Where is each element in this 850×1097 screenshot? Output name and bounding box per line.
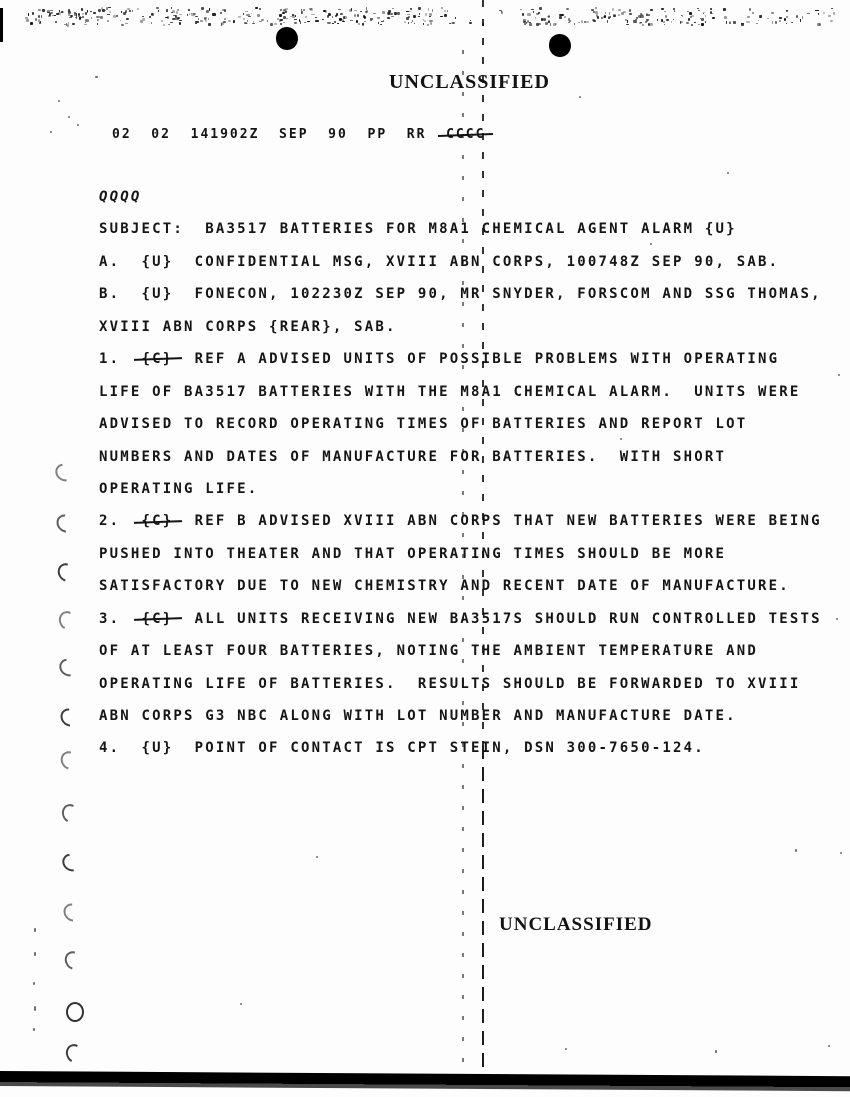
binder-arc-artifact [54,560,78,585]
scan-speck [840,852,842,854]
fold-crease-line [462,50,464,1062]
message-text: OF AT LEAST FOUR BATTERIES, NOTING THE A… [99,643,758,659]
scan-speck [68,116,70,118]
scan-speck [33,1028,35,1031]
message-line: SUBJECT: BA3517 BATTERIES FOR M8A1 CHEMI… [99,213,819,245]
scan-speck [77,124,79,126]
classification-banner-bottom: UNCLASSIFIED [499,914,652,936]
message-line: QQQQ [99,181,819,213]
scan-speck [34,928,36,932]
message-text: REF B ADVISED XVIII ABN CORPS THAT NEW B… [173,513,821,529]
message-line: OPERATING LIFE OF BATTERIES. RESULTS SHO… [99,668,819,700]
message-line: ADVISED TO RECORD OPERATING TIMES OF BAT… [99,408,819,440]
scan-speck [565,1048,567,1050]
scan-speck [34,952,36,956]
fold-crease-line [482,745,484,1068]
message-text: LIFE OF BA3517 BATTERIES WITH THE M8A1 C… [99,384,801,400]
scan-speck [316,856,318,858]
binder-arc-artifact [58,748,82,773]
binder-arc-artifact [60,900,85,925]
binder-arc-artifact [55,655,80,680]
message-text: NUMBERS AND DATES OF MANUFACTURE FOR BAT… [99,449,726,465]
binder-arc-artifact [61,948,85,973]
message-line: SATISFACTORY DUE TO NEW CHEMISTRY AND RE… [99,570,819,602]
message-line: 2. {C} REF B ADVISED XVIII ABN CORPS THA… [99,505,819,537]
message-text: PUSHED INTO THEATER AND THAT OPERATING T… [99,546,726,562]
scan-edge-bar [0,1071,850,1091]
message-text: SATISFACTORY DUE TO NEW CHEMISTRY AND RE… [99,578,790,594]
fold-crease-line [482,0,484,745]
hole-punch [276,27,298,50]
scan-speck [50,131,52,133]
scan-speck [34,1006,36,1011]
message-text: OPERATING LIFE OF BATTERIES. RESULTS SHO… [99,676,801,692]
message-text: XVIII ABN CORPS {REAR}, SAB. [99,319,397,335]
message-line: LIFE OF BA3517 BATTERIES WITH THE M8A1 C… [99,376,819,408]
binder-arc-artifact [56,609,78,632]
message-text: OPERATING LIFE. [99,481,258,497]
scan-speck [836,618,838,620]
scan-speck [579,96,581,98]
scan-speck [715,1050,717,1053]
binder-arc-artifact [59,850,84,875]
message-text: ABN CORPS G3 NBC ALONG WITH LOT NUMBER A… [99,708,737,724]
scan-edge-mark [0,8,3,42]
scan-speck [505,455,507,457]
message-line: 3. {C} ALL UNITS RECEIVING NEW BA3517S S… [99,603,819,635]
scan-speck [95,76,98,78]
message-line: 1. {C} REF A ADVISED UNITS OF POSSIBLE P… [99,343,819,375]
scan-speck [838,374,840,376]
message-text: QQQQ [99,189,142,205]
scan-speck [240,1003,242,1005]
message-text: ALL UNITS RECEIVING NEW BA3517S SHOULD R… [173,611,821,627]
scan-speck [650,243,652,245]
scan-speck [795,849,797,852]
scan-speck [620,438,622,440]
binder-ring-artifact [66,1002,84,1022]
message-body: QQQQSUBJECT: BA3517 BATTERIES FOR M8A1 C… [99,181,819,765]
message-line: XVIII ABN CORPS {REAR}, SAB. [99,311,819,343]
struck-classification-marking: {C} [142,505,174,537]
hole-punch [549,34,571,57]
scan-speck [33,982,35,985]
message-line: B. {U} FONECON, 102230Z SEP 90, MR SNYDE… [99,278,819,310]
document-page: UNCLASSIFIED 02 02 141902Z SEP 90 PP RR … [0,0,850,1097]
scan-speck [727,172,729,174]
struck-classification-marking: {C} [142,603,174,635]
struck-classification-marking: {C} [142,343,174,375]
message-line: OF AT LEAST FOUR BATTERIES, NOTING THE A… [99,635,819,667]
scan-speck [58,100,60,102]
binder-arc-artifact [53,511,78,536]
message-text: REF A ADVISED UNITS OF POSSIBLE PROBLEMS… [173,351,779,367]
binder-arc-artifact [52,460,77,485]
message-header-line: 02 02 141902Z SEP 90 PP RR CCCC [112,127,485,142]
message-text: A. {U} CONFIDENTIAL MSG, XVIII ABN CORPS… [99,254,779,270]
classification-banner-top: UNCLASSIFIED [389,71,550,94]
message-line: ABN CORPS G3 NBC ALONG WITH LOT NUMBER A… [99,700,819,732]
message-line: 4. {U} POINT OF CONTACT IS CPT STEIN, DS… [99,732,819,764]
message-text: ADVISED TO RECORD OPERATING TIMES OF BAT… [99,416,747,432]
message-line: OPERATING LIFE. [99,473,819,505]
scan-speck [828,1045,830,1047]
struck-precedence-code: CCCC [446,127,485,142]
message-text: 4. {U} POINT OF CONTACT IS CPT STEIN, DS… [99,740,705,756]
header-line-text: 02 02 141902Z SEP 90 PP RR [112,127,446,142]
message-text: B. {U} FONECON, 102230Z SEP 90, MR SNYDE… [99,286,822,302]
message-line: PUSHED INTO THEATER AND THAT OPERATING T… [99,538,819,570]
message-line: NUMBERS AND DATES OF MANUFACTURE FOR BAT… [99,441,819,473]
message-line: A. {U} CONFIDENTIAL MSG, XVIII ABN CORPS… [99,246,819,278]
binder-arc-artifact [56,705,81,730]
message-text: SUBJECT: BA3517 BATTERIES FOR M8A1 CHEMI… [99,221,737,237]
binder-arc-artifact [60,802,82,825]
binder-arc-artifact [63,1042,85,1065]
